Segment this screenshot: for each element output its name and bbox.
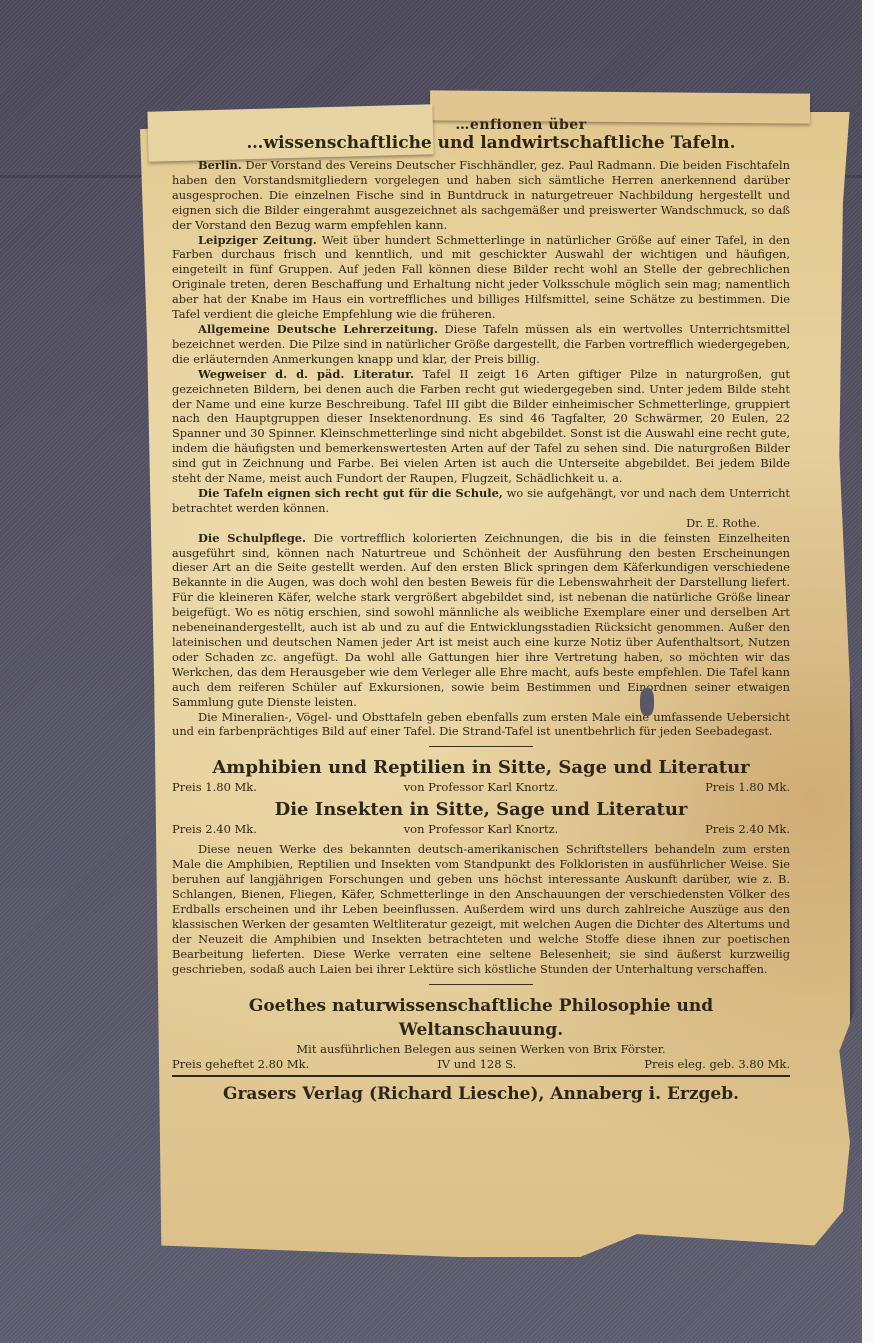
review-mineralien: Die Mineralien-, Vögel- und Obsttafeln g… xyxy=(172,710,790,740)
publisher: Grasers Verlag (Richard Liesche), Annabe… xyxy=(172,1083,790,1105)
signature: Dr. E. Rothe. xyxy=(172,516,790,531)
review-berlin: Berlin. Der Vorstand des Vereins Deutsch… xyxy=(172,158,790,233)
header-top: …enfionen über xyxy=(172,118,790,132)
book-subtitle-goethe: Mit ausführlichen Belegen aus seinen Wer… xyxy=(172,1042,790,1057)
page-count: IV und 128 S. xyxy=(437,1057,516,1071)
price-right: Preis 2.40 Mk. xyxy=(705,822,790,836)
document-content: …enfionen über …wissenschaftliche und la… xyxy=(172,118,790,1105)
review-wegweiser: Wegweiser d. d. päd. Literatur. Tafel II… xyxy=(172,367,790,486)
price-left: Preis 1.80 Mk. xyxy=(172,780,257,794)
book-price-row-amphibien: Preis 1.80 Mk. von Professor Karl Knortz… xyxy=(172,780,790,794)
separator xyxy=(429,984,533,985)
book-price-row-insekten: Preis 2.40 Mk. von Professor Karl Knortz… xyxy=(172,822,790,836)
book-title-goethe: Goethes naturwissenschaftliche Philosoph… xyxy=(172,994,790,1042)
review-schule: Die Tafeln eignen sich recht gut für die… xyxy=(172,486,790,516)
separator xyxy=(429,746,533,747)
author: von Professor Karl Knortz. xyxy=(404,780,559,794)
review-schulpflege: Die Schulpflege. Die vortrefflich kolori… xyxy=(172,531,790,710)
header-main: …wissenschaftliche und landwirtschaftlic… xyxy=(172,132,790,154)
book-title-insekten: Die Insekten in Sitte, Sage und Literatu… xyxy=(172,798,790,822)
price-left: Preis 2.40 Mk. xyxy=(172,822,257,836)
author: von Professor Karl Knortz. xyxy=(404,822,559,836)
book-title-amphibien: Amphibien und Reptilien in Sitte, Sage u… xyxy=(172,756,790,780)
review-leipziger: Leipziger Zeitung. Weit über hundert Sch… xyxy=(172,233,790,322)
price-right: Preis 1.80 Mk. xyxy=(705,780,790,794)
paper-hole xyxy=(640,688,654,716)
review-lehrerzeitung: Allgemeine Deutsche Lehrerzeitung. Diese… xyxy=(172,322,790,367)
price-left: Preis geheftet 2.80 Mk. xyxy=(172,1057,309,1071)
rule xyxy=(172,1075,790,1077)
books-description: Diese neuen Werke des bekannten deutsch-… xyxy=(172,842,790,976)
price-right: Preis eleg. geb. 3.80 Mk. xyxy=(644,1057,790,1071)
book-price-row-goethe: Preis geheftet 2.80 Mk. IV und 128 S. Pr… xyxy=(172,1057,790,1071)
